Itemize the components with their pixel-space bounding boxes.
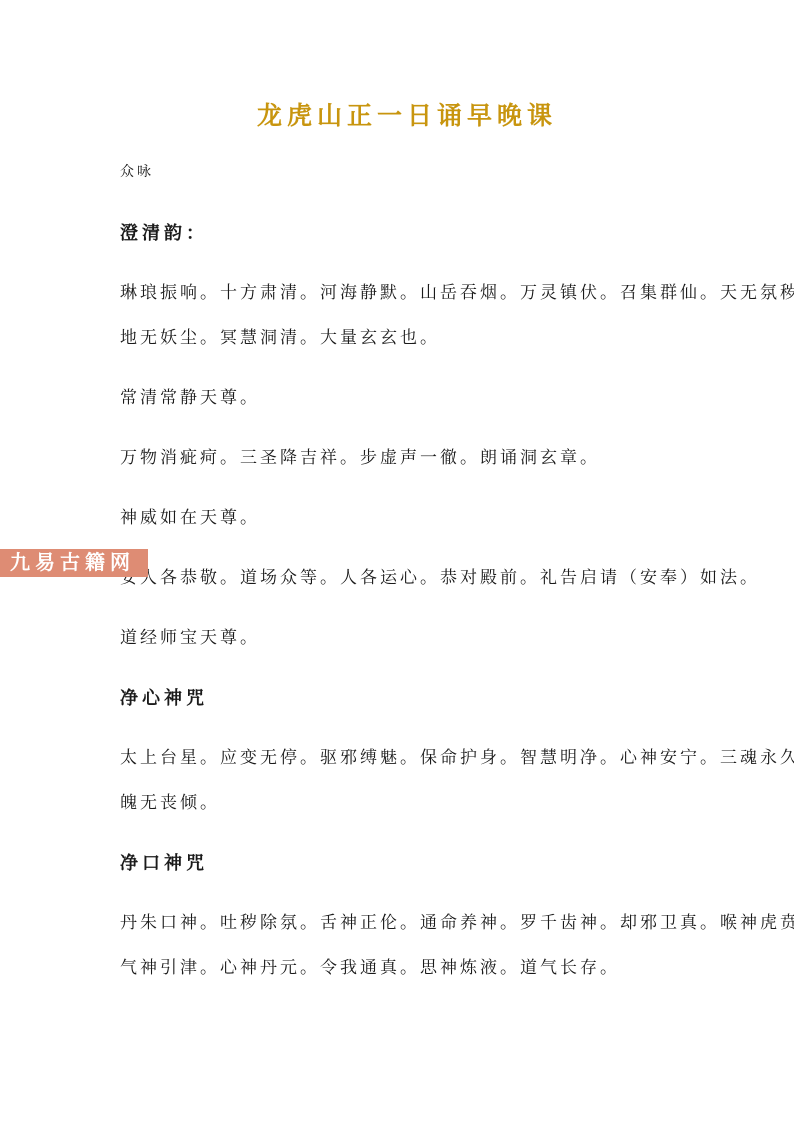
verse-line: 安人各恭敬。道场众等。人各运心。恭对殿前。礼告启请（安奉）如法。 xyxy=(120,567,694,589)
section-heading-jingkou: 净口神咒 xyxy=(120,852,694,874)
deity-invocation: 神威如在天尊。 xyxy=(120,507,694,529)
verse-line: 地无妖尘。冥慧洞清。大量玄玄也。 xyxy=(120,327,694,349)
verse-line: 气神引津。心神丹元。令我通真。思神炼液。道气长存。 xyxy=(120,957,694,979)
chant-label: 众咏 xyxy=(120,162,694,184)
deity-invocation: 道经师宝天尊。 xyxy=(120,627,694,649)
verse-line: 太上台星。应变无停。驱邪缚魅。保命护身。智慧明净。心神安宁。三魂永久。 xyxy=(120,747,694,769)
document-page: 龙虎山正一日诵早晚课 众咏 澄清韵： 琳琅振响。十方肃清。河海静默。山岳吞烟。万… xyxy=(0,0,794,1123)
verse-line: 丹朱口神。吐秽除氛。舌神正伦。通命养神。罗千齿神。却邪卫真。喉神虎贲。 xyxy=(120,912,694,934)
document-title: 龙虎山正一日诵早晚课 xyxy=(120,100,694,134)
section-heading-chengqing: 澄清韵： xyxy=(120,222,694,244)
deity-invocation: 常清常静天尊。 xyxy=(120,387,694,409)
verse-line: 魄无丧倾。 xyxy=(120,792,694,814)
watermark-badge: 九易古籍网 xyxy=(0,549,148,577)
section-heading-jingxin: 净心神咒 xyxy=(120,687,694,709)
verse-line: 琳琅振响。十方肃清。河海静默。山岳吞烟。万灵镇伏。召集群仙。天无氛秽。 xyxy=(120,282,694,304)
verse-line: 万物消疵疴。三圣降吉祥。步虚声一徹。朗诵洞玄章。 xyxy=(120,447,694,469)
